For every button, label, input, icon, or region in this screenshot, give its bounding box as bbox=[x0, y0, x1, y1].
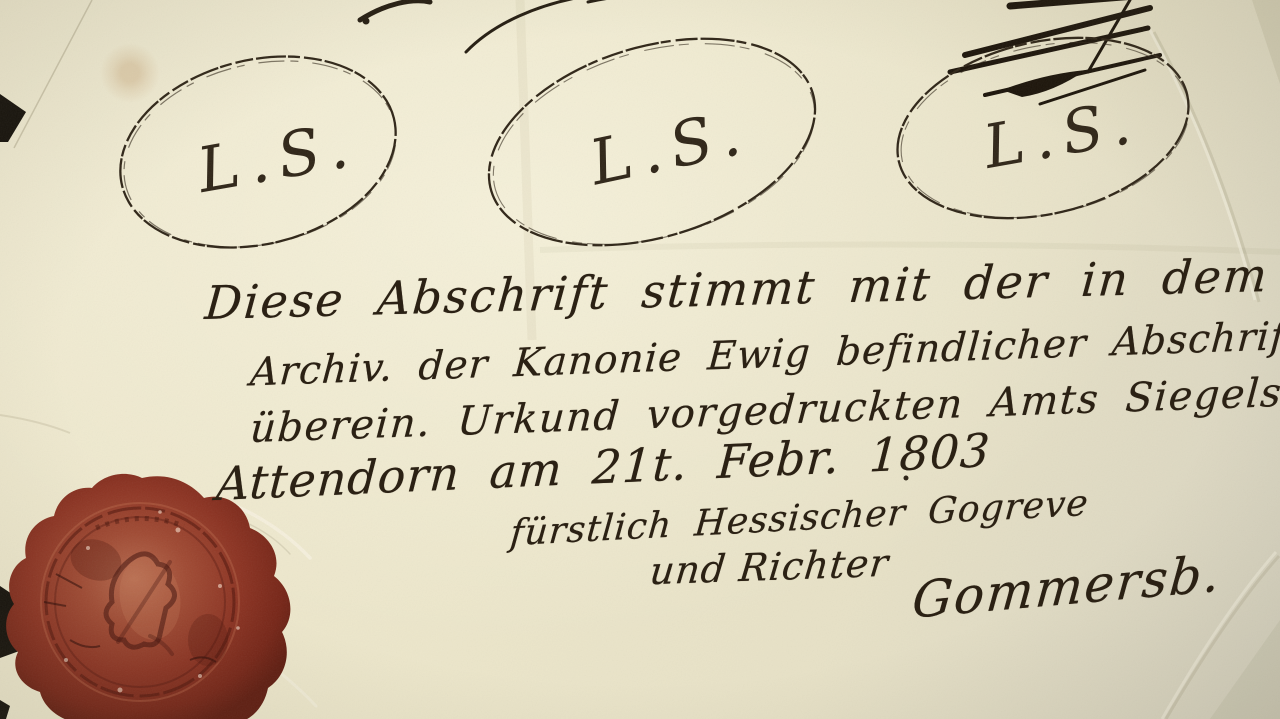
attestation-title-line-2: und Richter bbox=[648, 541, 891, 594]
document-photo: L.S. L.S. L.S. bbox=[0, 0, 1280, 719]
